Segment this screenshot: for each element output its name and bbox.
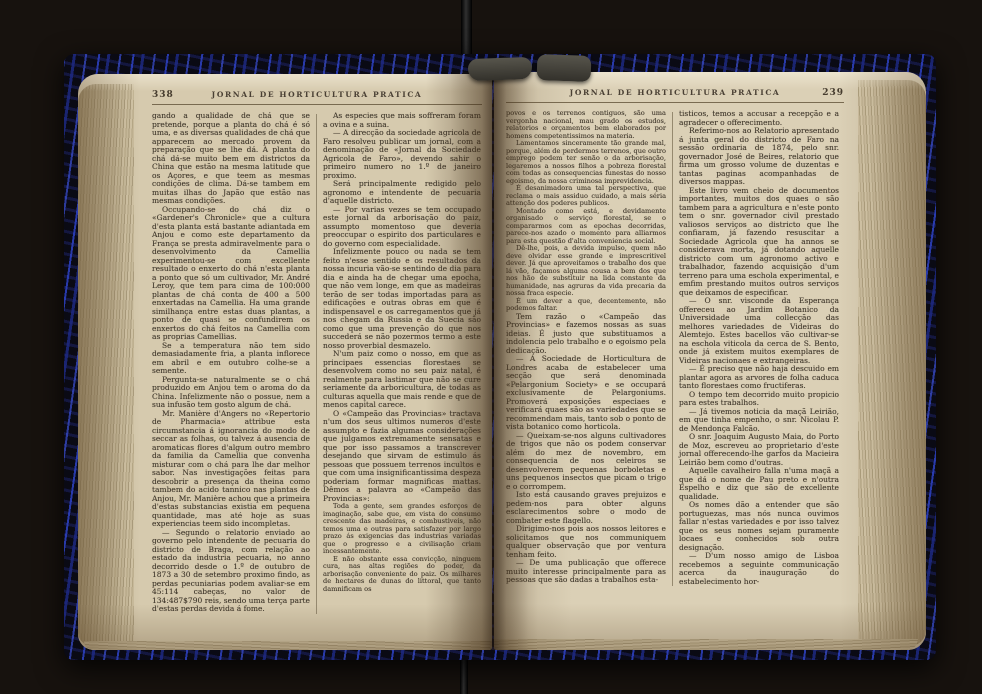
paragraph: — A Sociedade de Horticultura de Londres… [506,355,666,432]
paragraph: — Já tivemos noticia da maçã Leirião, em… [679,408,839,434]
head-rule-right [506,102,844,103]
journal-title-left: JORNAL DE HORTICULTURA PRATICA [186,90,448,99]
paragraph: povos e os terrenos contiguos, são uma v… [506,110,666,140]
journal-title-right: JORNAL DE HORTICULTURA PRATICA [540,88,810,97]
paragraph: Os nomes dão a entender que são portugue… [679,501,839,552]
paragraph: Este livro vem cheio de documentos impor… [679,187,839,298]
right-page-columns: povos e os terrenos contiguos, são uma v… [506,110,844,586]
paragraph: Dirigimo-nos pois aos nossos leitores e … [506,525,666,559]
page-edge-stack-right [858,80,926,646]
text-column: povos e os terrenos contiguos, são uma v… [506,110,666,586]
paragraph: Montado como está, e devidamente organis… [506,208,666,246]
head-rule-left [152,104,482,105]
paragraph: Se a temperatura não tem sido demasiadam… [152,342,310,376]
column-rule [316,114,317,614]
paragraph: Será principalmente redigido pelo agrono… [323,180,481,206]
paragraph: O «Campeão das Provincias» tractava n'um… [323,410,481,504]
left-page-columns: gando a qualidade de chá que se pretende… [152,112,482,614]
paragraph: — Queixam-se-nos alguns cultivadores de … [506,432,666,492]
paragraph: Lamentamos sinceramente tão grande mal, … [506,140,666,185]
right-page-content: JORNAL DE HORTICULTURA PRATICA 239 povos… [506,88,844,586]
page-clamp-left [468,57,533,81]
page-number-left: 338 [152,90,186,100]
paragraph: — De uma publicação que offerece muito i… [506,559,666,585]
paragraph: — O snr. visconde da Esperança offereceu… [679,297,839,365]
paragraph: Toda a gente, sem grandes esforços de im… [323,503,481,556]
left-page: 338 JORNAL DE HORTICULTURA PRATICA gando… [78,74,492,650]
text-column: As especies que mais soffreram foram a o… [323,112,481,614]
text-column: tisticos, temos a accusar a recepção e a… [679,110,839,586]
scanned-book-spread: 338 JORNAL DE HORTICULTURA PRATICA gando… [0,0,982,694]
paragraph: Aquelle cavalheiro falla n'uma maçã a qu… [679,467,839,501]
left-page-content: 338 JORNAL DE HORTICULTURA PRATICA gando… [152,90,482,614]
paragraph: Dê-lhe, pois, a devida impulso, quem não… [506,245,666,298]
paragraph: Mr. Manière d'Angers no «Repertorio de P… [152,410,310,529]
paragraph: O snr. Joaquim Augusto Maia, do Porto de… [679,433,839,467]
paragraph: O tempo tem decorrido muito propicio par… [679,391,839,408]
paragraph: Isto está causando graves prejuizos e pe… [506,491,666,525]
running-head-right: JORNAL DE HORTICULTURA PRATICA 239 [506,88,844,98]
paragraph: — É preciso que não haja descuido em pla… [679,365,839,391]
paragraph: Occupando-se do chá diz o «Gardener's Ch… [152,206,310,342]
page-edge-stack-bottom-left [84,641,492,650]
column-rule [672,112,673,586]
paragraph: Infelizmente pouco ou nada se tem feito … [323,248,481,350]
paragraph: N'um paiz como o nosso, em que as princi… [323,350,481,410]
paragraph: Referimo-nos ao Relatorio apresentado á … [679,127,839,187]
paragraph: Pergunta-se naturalmente se o chá produz… [152,376,310,410]
paragraph: As especies que mais soffreram foram a o… [323,112,481,129]
paragraph: Tem razão o «Campeão das Provincias» e f… [506,313,666,356]
page-edge-stack-bottom-right [494,639,918,650]
paragraph: — Por varias vezes se tem occupado este … [323,206,481,249]
running-head-left: 338 JORNAL DE HORTICULTURA PRATICA [152,90,482,100]
paragraph: E não obstante essa convicção, ninguem c… [323,556,481,594]
page-clamp-right [537,54,592,82]
text-column: gando a qualidade de chá que se pretende… [152,112,310,614]
paragraph: tisticos, temos a accusar a recepção e a… [679,110,839,127]
right-page: JORNAL DE HORTICULTURA PRATICA 239 povos… [494,72,926,650]
paragraph: — A direcção da sociedade agricola de Fa… [323,129,481,180]
page-number-right: 239 [810,88,844,98]
page-edge-stack-left [78,84,134,646]
paragraph: É desanimadora uma tal perspectiva, que … [506,185,666,208]
paragraph: — D'um nosso amigo de Lisboa recebemos a… [679,552,839,586]
paragraph: É um dever a que, decentemente, não pode… [506,298,666,313]
paragraph: — Segundo o relatorio enviado ao governo… [152,529,310,614]
paragraph: gando a qualidade de chá que se pretende… [152,112,310,206]
